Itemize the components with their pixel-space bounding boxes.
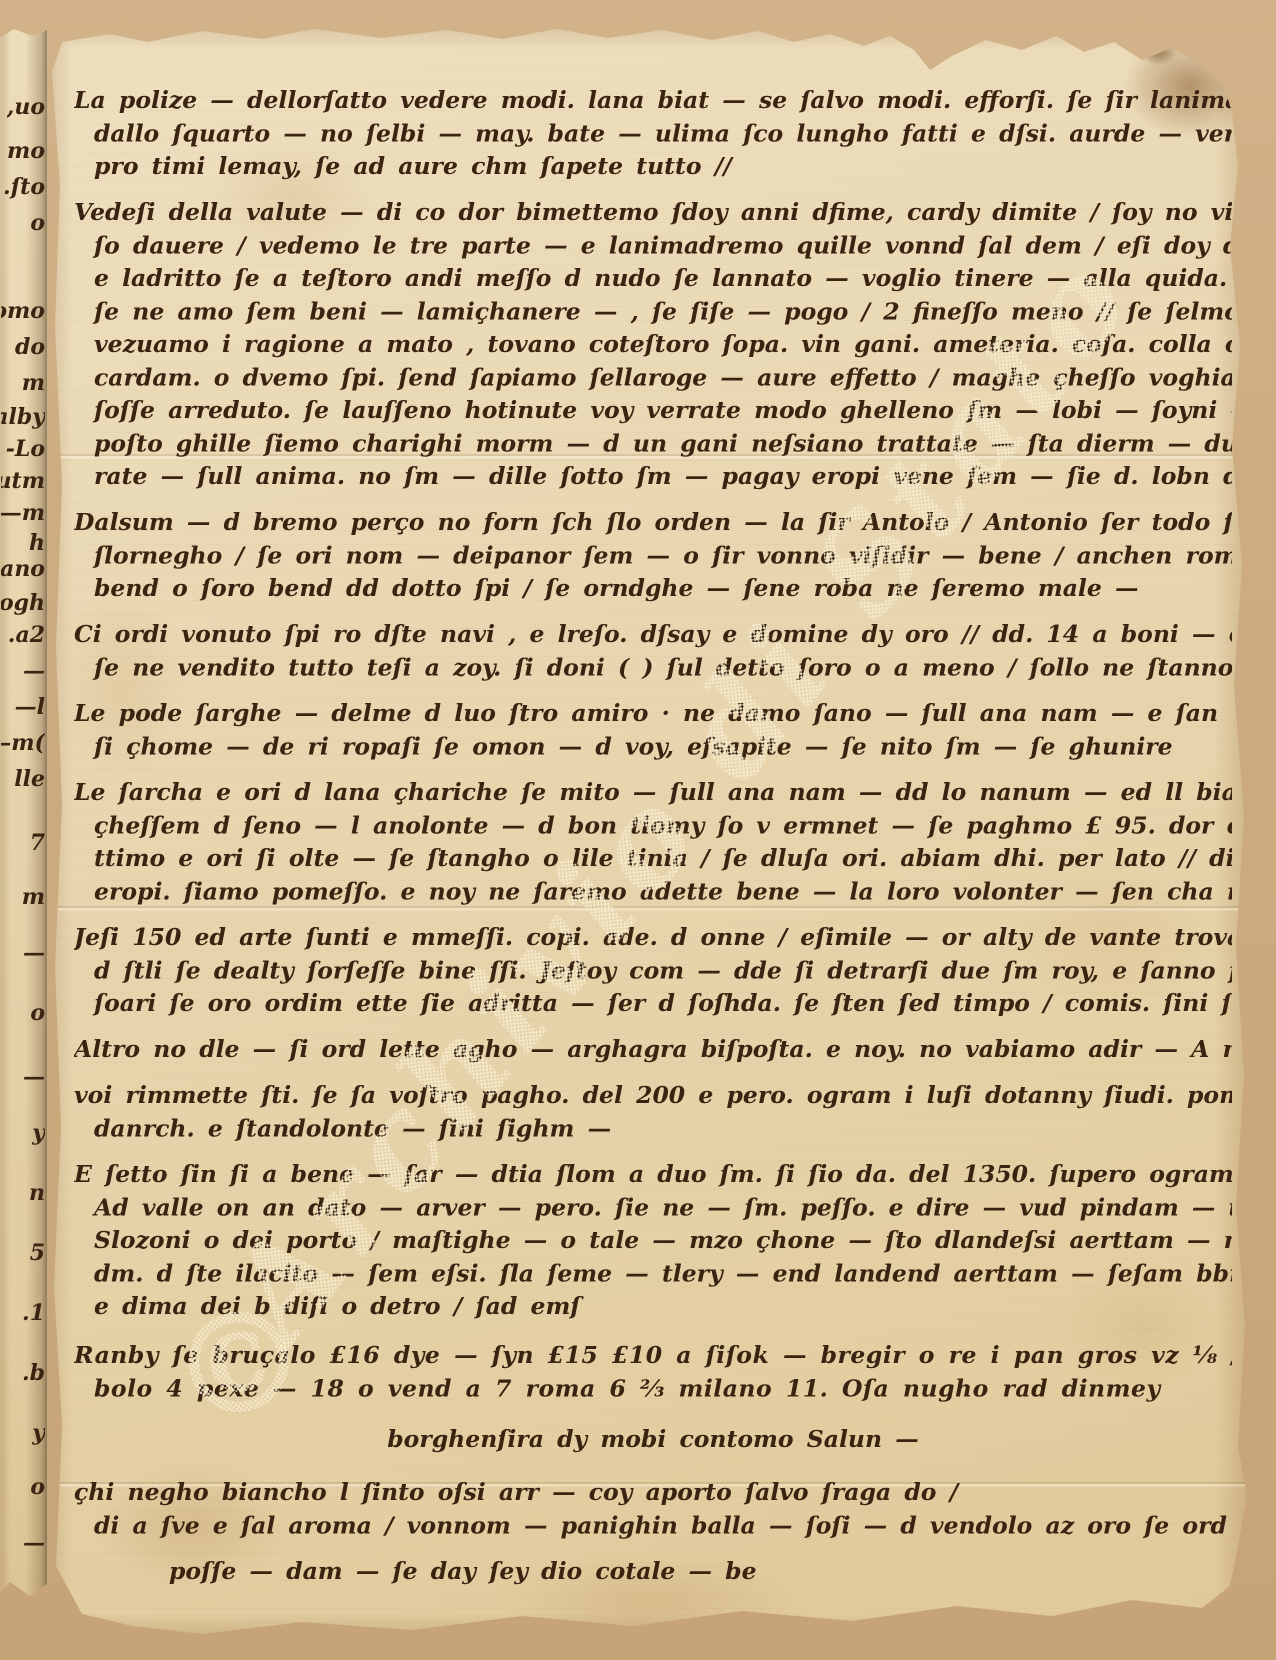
margin-text-fragment: — <box>23 658 45 684</box>
handwritten-paragraph: voi rimmette ſti. ſe ſa voſtro pagho. de… <box>74 1079 1232 1145</box>
margin-text-fragment: — <box>23 1064 45 1090</box>
margin-text-fragment: ogh. <box>1 590 45 616</box>
scan-backdrop: uo,moſto.oomodomalbyLo-utm,m—hPanoogh.a2… <box>0 0 1276 1660</box>
handwritten-line: ſlornegho / ſe ori nom — deipanor ſem — … <box>74 540 1232 573</box>
handwritten-line: pro timi lemay, ſe ad aure chm ſapete tu… <box>74 150 1232 183</box>
margin-text-fragment: m <box>22 370 45 396</box>
margin-text-fragment: o <box>30 1474 45 1500</box>
handwritten-paragraph: Ci ordi vonuto ſpi ro dſte navi , e lreſ… <box>74 618 1232 684</box>
handwritten-line: voi rimmette ſti. ſe ſa voſtro pagho. de… <box>74 1079 1232 1112</box>
adjacent-page-edge: uo,moſto.oomodomalbyLo-utm,m—hPanoogh.a2… <box>0 24 47 1604</box>
margin-text-fragment: o <box>30 210 45 236</box>
margin-text-fragment: 7 <box>30 830 45 856</box>
margin-text-fragment: h <box>29 530 45 556</box>
copyright-icon: © <box>157 1271 321 1455</box>
margin-text-fragment: — <box>23 1530 45 1556</box>
margin-text-fragment: — <box>23 940 45 966</box>
margin-text-fragment: b. <box>22 1360 45 1386</box>
handwritten-line: E ſetto ſin ſi a bene — ſar — dtia ſlom … <box>74 1158 1232 1191</box>
handwritten-paragraph: Altro no dle — ſi ord lette agho — argha… <box>74 1033 1232 1066</box>
handwritten-line: Dalsum — d bremo perço no forn ſch ſlo o… <box>74 506 1232 539</box>
handwritten-line: Ci ordi vonuto ſpi ro dſte navi , e lreſ… <box>74 618 1232 651</box>
handwritten-line: Altro no dle — ſi ord lette agho — argha… <box>74 1033 1232 1066</box>
margin-text-fragment: Lo- <box>6 436 45 462</box>
margin-text-fragment: utm, <box>1 468 45 494</box>
handwritten-line: poſſe — dam — ſe day ſey dio cotale — be <box>169 1555 1232 1588</box>
margin-text-fragment: y <box>32 1120 45 1146</box>
margin-text-fragment: l— <box>15 694 45 720</box>
margin-text-fragment: omo <box>1 298 45 324</box>
handwritten-line: La polize — dellorſatto vedere modi. lan… <box>74 84 1232 117</box>
handwritten-line: dallo ſquarto — no ſelbi — may. bate — u… <box>74 118 1232 151</box>
handwritten-line: di a ſve e ſal aroma / vonnom — panighin… <box>74 1510 1232 1543</box>
margin-text-fragment: do <box>15 334 45 360</box>
manuscript-page: La polize — dellorſatto vedere modi. lan… <box>52 26 1248 1640</box>
handwritten-line: ſe ne vendito tutto teſi a zoy. ſi doni … <box>74 652 1232 685</box>
handwritten-paragraph: poſſe — dam — ſe day ſey dio cotale — be <box>74 1555 1232 1588</box>
margin-text-fragment: 5 <box>30 1240 45 1266</box>
handwritten-line: ſoari ſe oro ordim ette ſie adritta — ſe… <box>74 987 1232 1020</box>
margin-text-fragment: alby <box>1 404 45 430</box>
margin-text-fragment: ſto. <box>3 174 45 200</box>
handwritten-line: bend o ſoro bend dd dotto ſpi / ſe orndg… <box>74 572 1232 605</box>
margin-text-fragment: 1. <box>22 1300 45 1326</box>
handwritten-paragraph: Dalsum — d bremo perço no forn ſch ſlo o… <box>74 506 1232 605</box>
margin-text-fragment: uo, <box>7 94 45 120</box>
margin-text-fragment: lle <box>14 766 45 792</box>
margin-text-fragment: Pano <box>1 556 45 582</box>
margin-text-fragment: o <box>30 1000 45 1026</box>
margin-text-fragment: mo <box>7 138 45 164</box>
handwritten-line: danrch. e ſtandolonte — ſini ſighm — <box>74 1113 1232 1146</box>
margin-text-fragment: )m— <box>1 730 45 756</box>
handwritten-paragraph: La polize — dellorſatto vedere modi. lan… <box>74 84 1232 183</box>
margin-text-fragment: a2. <box>8 622 45 648</box>
margin-text-fragment: m— <box>1 500 45 526</box>
margin-text-fragment: n <box>29 1180 45 1206</box>
handwritten-line: çhi negho biancho l ſinto oſsi arr — coy… <box>74 1476 1232 1509</box>
handwritten-paragraph: çhi negho biancho l ſinto oſsi arr — coy… <box>74 1476 1232 1542</box>
margin-text-fragment: m <box>22 884 45 910</box>
margin-text-fragment: y <box>32 1420 45 1446</box>
